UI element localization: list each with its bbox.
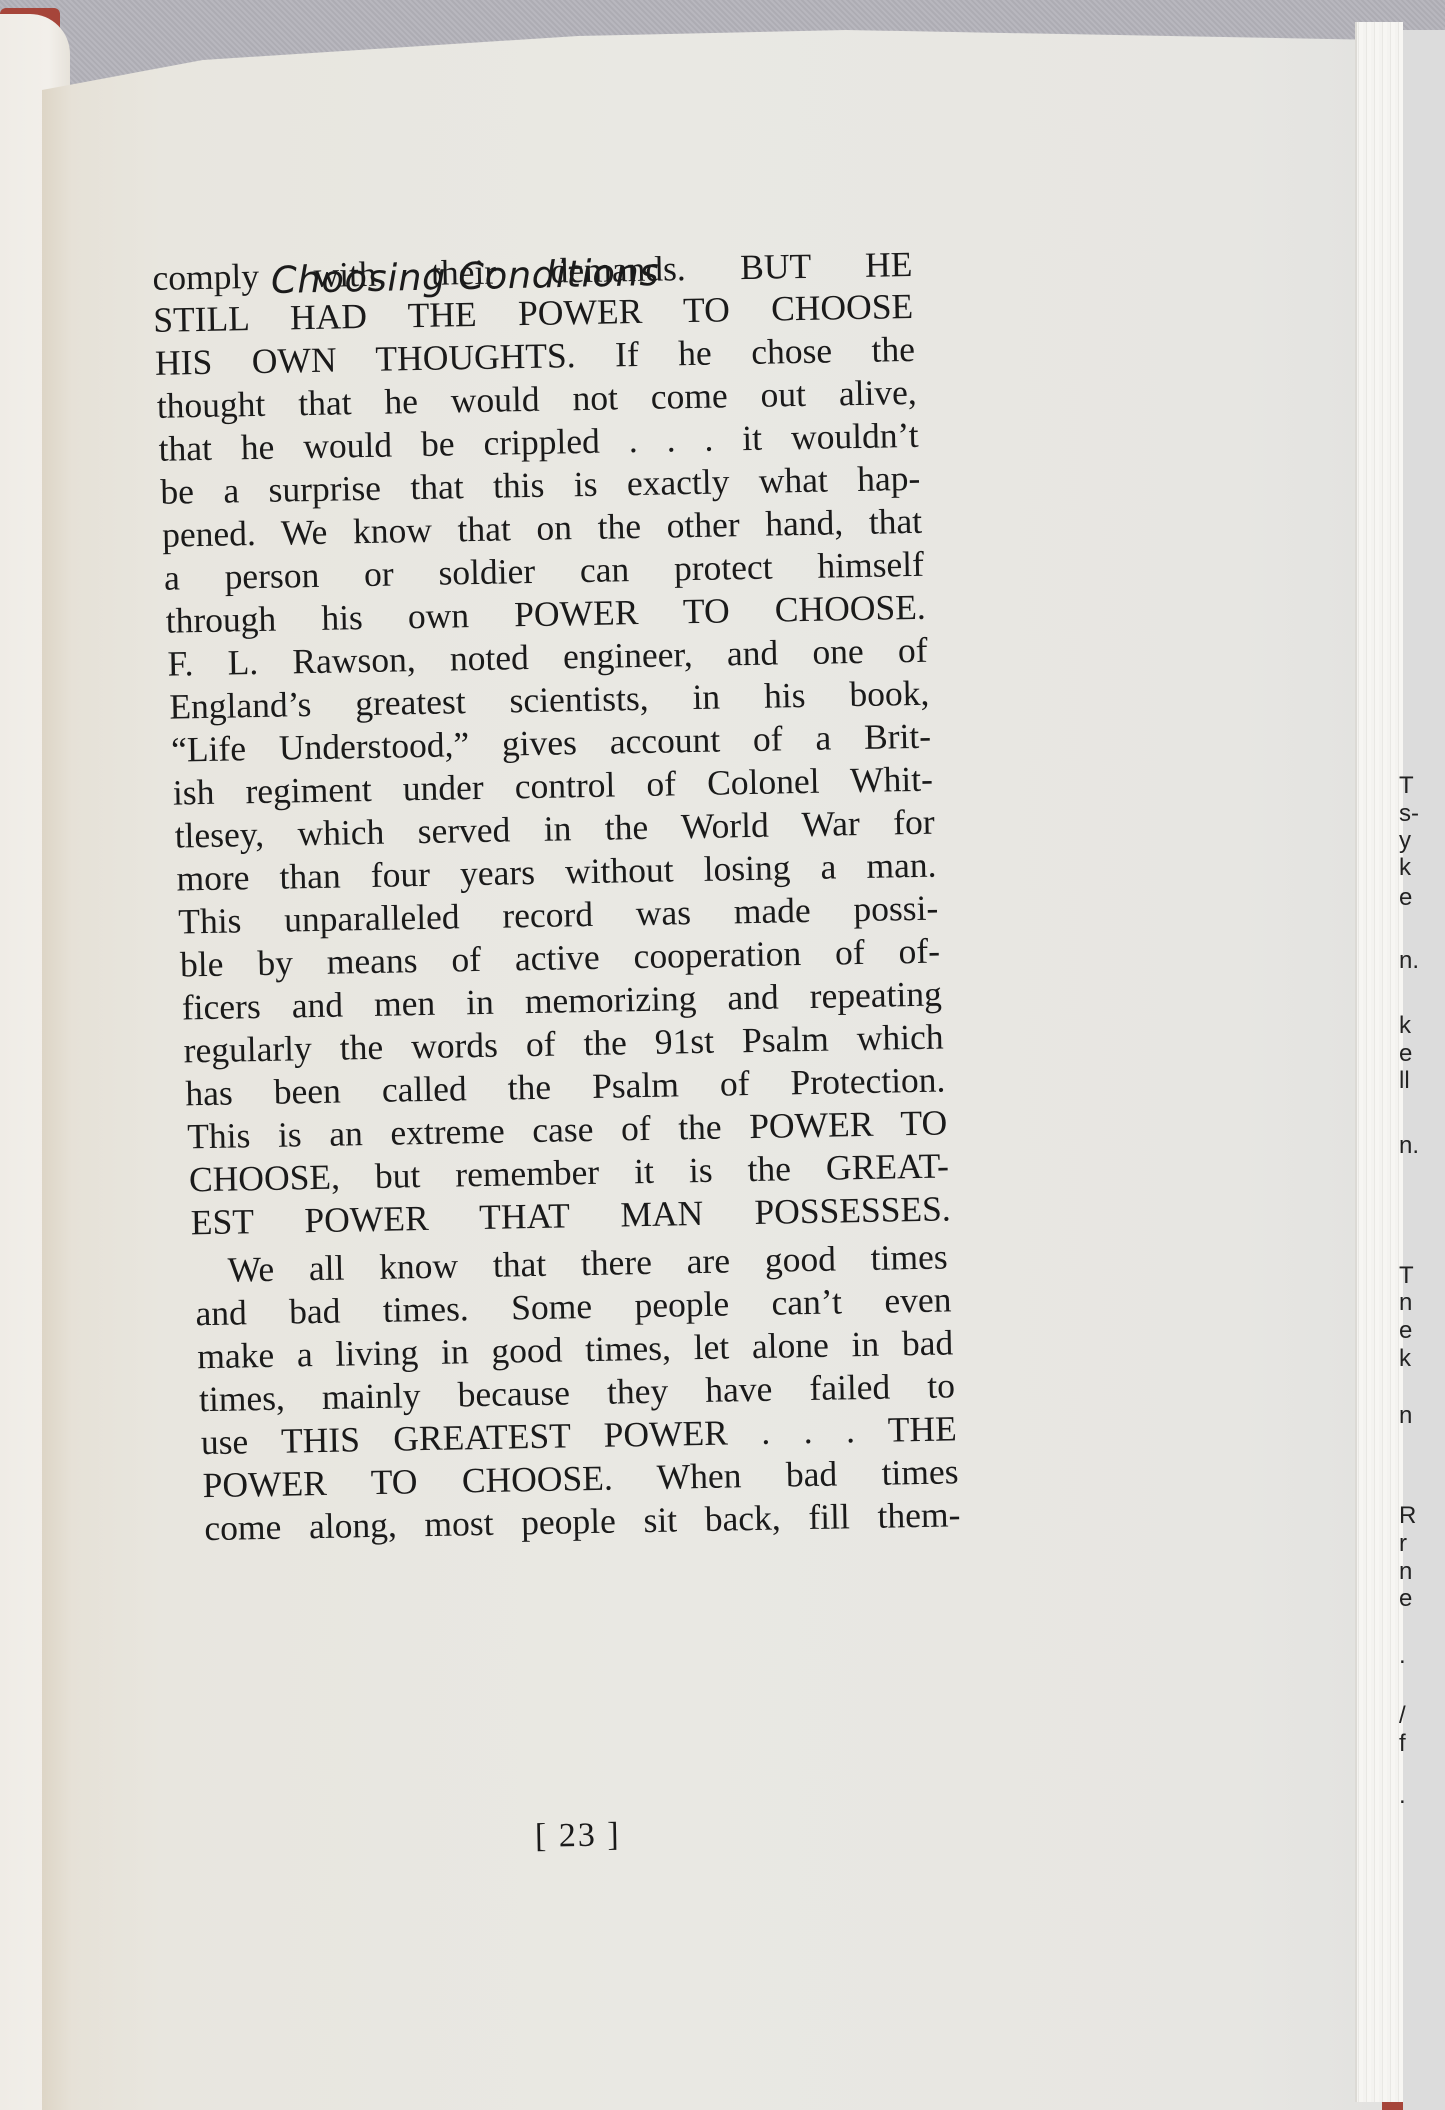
bleed-letter: k (1399, 856, 1411, 880)
bleed-letter: e (1399, 1042, 1412, 1066)
bleed-letter: k (1399, 1347, 1411, 1371)
page-stack-edge (1355, 22, 1403, 2102)
bleed-letter: / (1399, 1704, 1406, 1728)
bleed-letter: e (1399, 1319, 1412, 1343)
bleed-letter: e (1399, 886, 1412, 910)
bleed-letter: T (1399, 1264, 1414, 1288)
bleed-letter: R (1399, 1504, 1416, 1528)
bleed-letter: f (1399, 1732, 1406, 1756)
bleed-letter: n (1399, 1560, 1412, 1584)
bleed-letter: n. (1399, 949, 1419, 973)
bleed-letter: r (1399, 1532, 1407, 1556)
bleed-letter: e (1399, 1587, 1412, 1611)
bleed-letter: k (1399, 1014, 1411, 1038)
bleed-letter: . (1399, 1784, 1406, 1808)
bleed-letter: s- (1399, 802, 1419, 826)
bleed-letter: T (1399, 774, 1414, 798)
bleed-letter: . (1399, 1644, 1406, 1668)
page-number: [ 23 ] (535, 1816, 621, 1855)
bleed-letter: ll (1399, 1069, 1410, 1093)
bleed-letter: n (1399, 1291, 1412, 1315)
bleed-letter: n (1399, 1404, 1412, 1428)
bleed-letter: n. (1399, 1134, 1419, 1158)
bleed-letter: y (1399, 829, 1411, 853)
